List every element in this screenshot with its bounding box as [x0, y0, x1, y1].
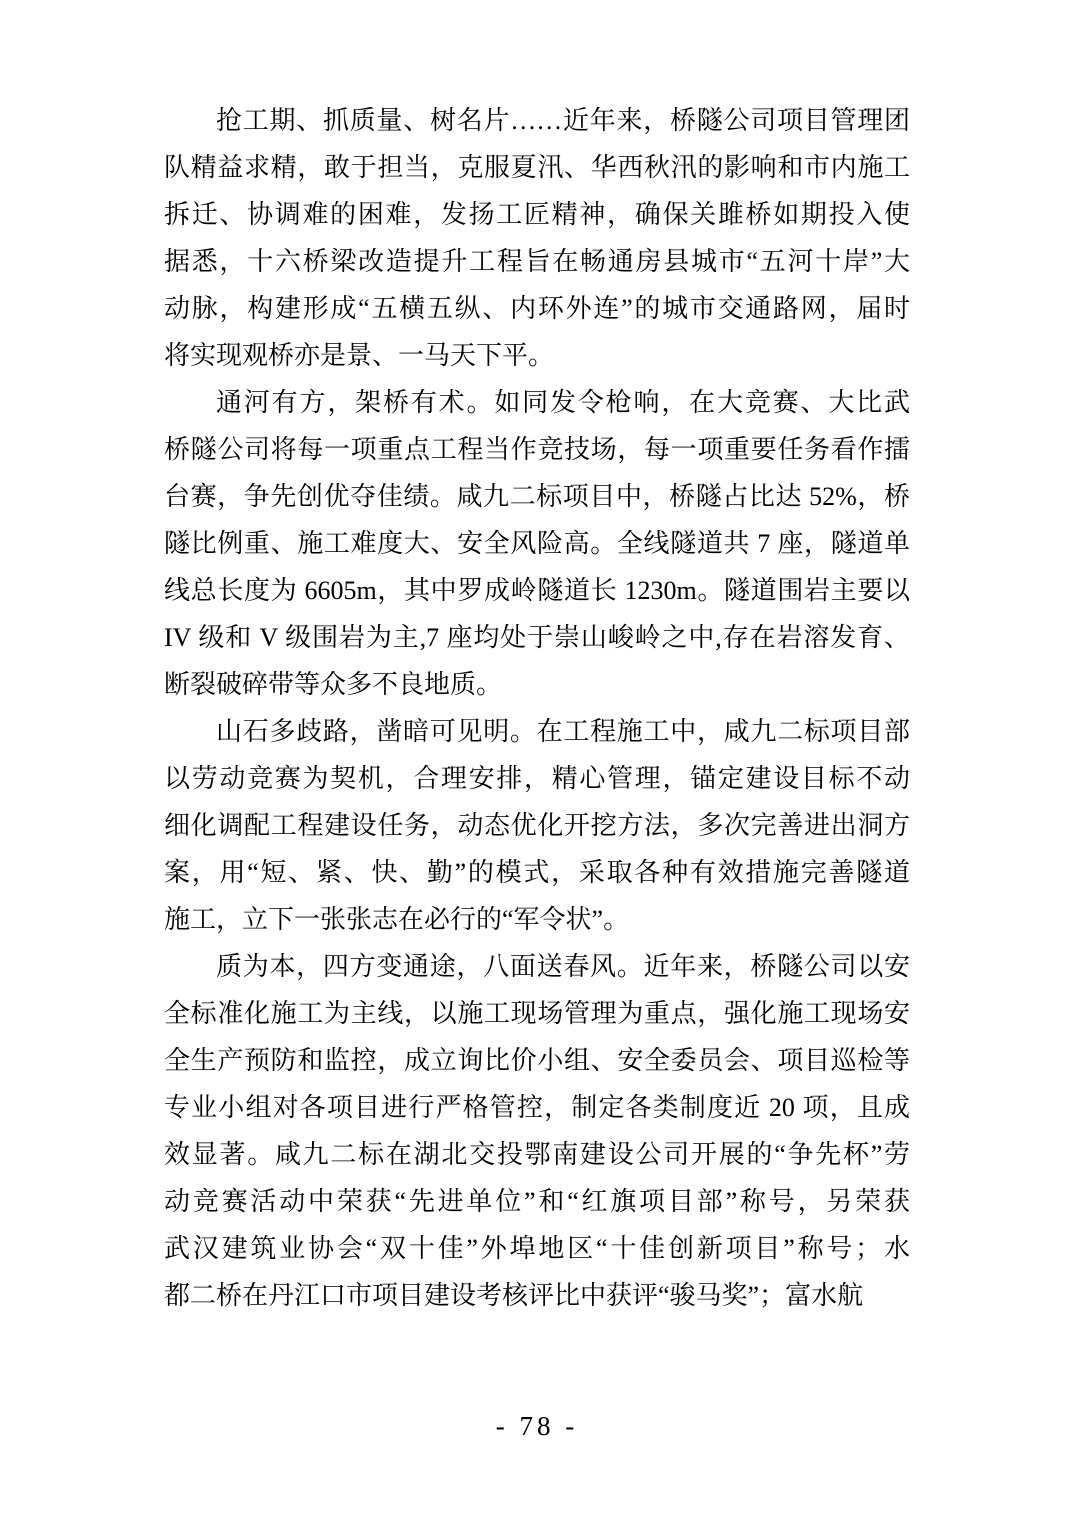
- document-page: 抢工期、抓质量、树名片……近年来，桥隧公司项目管理团队精益求精，敢于担当，克服夏…: [0, 0, 1074, 1520]
- text-line: 动脉，构建形成“五横五纵、内环外连”的城市交通路网，届时: [164, 285, 910, 332]
- text-line: 专业小组对各项目进行严格管控，制定各类制度近 20 项，且成: [164, 1084, 910, 1131]
- text-line: 都二桥在丹江口市项目建设考核评比中获评“骏马奖”；富水航: [164, 1272, 910, 1319]
- text-line: 动竞赛活动中荣获“先进单位”和“红旗项目部”称号，另荣获: [164, 1178, 910, 1225]
- text-line: 台赛，争先创优夺佳绩。咸九二标项目中，桥隧占比达 52%，桥: [164, 473, 910, 520]
- text-line: 施工，立下一张张志在必行的“军令状”。: [164, 896, 910, 943]
- text-line: 山石多歧路，凿暗可见明。在工程施工中，咸九二标项目部: [164, 708, 910, 755]
- text-line: 拆迁、协调难的困难，发扬工匠精神，确保关雎桥如期投入使用。: [164, 191, 910, 238]
- text-line: 将实现观桥亦是景、一马天下平。: [164, 332, 910, 379]
- text-line: 通河有方，架桥有术。如同发令枪响，在大竞赛、大比武中，: [164, 379, 910, 426]
- page-number: - 78 -: [0, 1406, 1074, 1446]
- text-line: 全生产预防和监控，成立询比价小组、安全委员会、项目巡检等: [164, 1037, 910, 1084]
- text-line: 据悉，十六桥梁改造提升工程旨在畅通房县城市“五河十岸”大: [164, 238, 910, 285]
- text-line: 案，用“短、紧、快、勤”的模式，采取各种有效措施完善隧道: [164, 849, 910, 896]
- text-line: IV 级和 V 级围岩为主,7 座均处于崇山峻岭之中,存在岩溶发育、: [164, 614, 910, 661]
- text-line: 细化调配工程建设任务，动态优化开挖方法，多次完善进出洞方: [164, 802, 910, 849]
- text-line: 全标准化施工为主线，以施工现场管理为重点，强化施工现场安: [164, 990, 910, 1037]
- text-line: 线总长度为 6605m，其中罗成岭隧道长 1230m。隧道围岩主要以: [164, 567, 910, 614]
- text-line: 质为本，四方变通途，八面送春风。近年来，桥隧公司以安: [164, 943, 910, 990]
- document-body: 抢工期、抓质量、树名片……近年来，桥隧公司项目管理团队精益求精，敢于担当，克服夏…: [164, 97, 910, 1319]
- text-line: 以劳动竞赛为契机，合理安排，精心管理，锚定建设目标不动摇，: [164, 755, 910, 802]
- text-line: 效显著。咸九二标在湖北交投鄂南建设公司开展的“争先杯”劳: [164, 1131, 910, 1178]
- text-line: 隧比例重、施工难度大、安全风险高。全线隧道共 7 座，隧道单: [164, 520, 910, 567]
- text-line: 桥隧公司将每一项重点工程当作竞技场，每一项重要任务看作擂: [164, 426, 910, 473]
- text-line: 抢工期、抓质量、树名片……近年来，桥隧公司项目管理团: [164, 97, 910, 144]
- text-line: 断裂破碎带等众多不良地质。: [164, 661, 910, 708]
- text-line: 武汉建筑业协会“双十佳”外埠地区“十佳创新项目”称号；水: [164, 1225, 910, 1272]
- text-line: 队精益求精，敢于担当，克服夏汛、华西秋汛的影响和市内施工: [164, 144, 910, 191]
